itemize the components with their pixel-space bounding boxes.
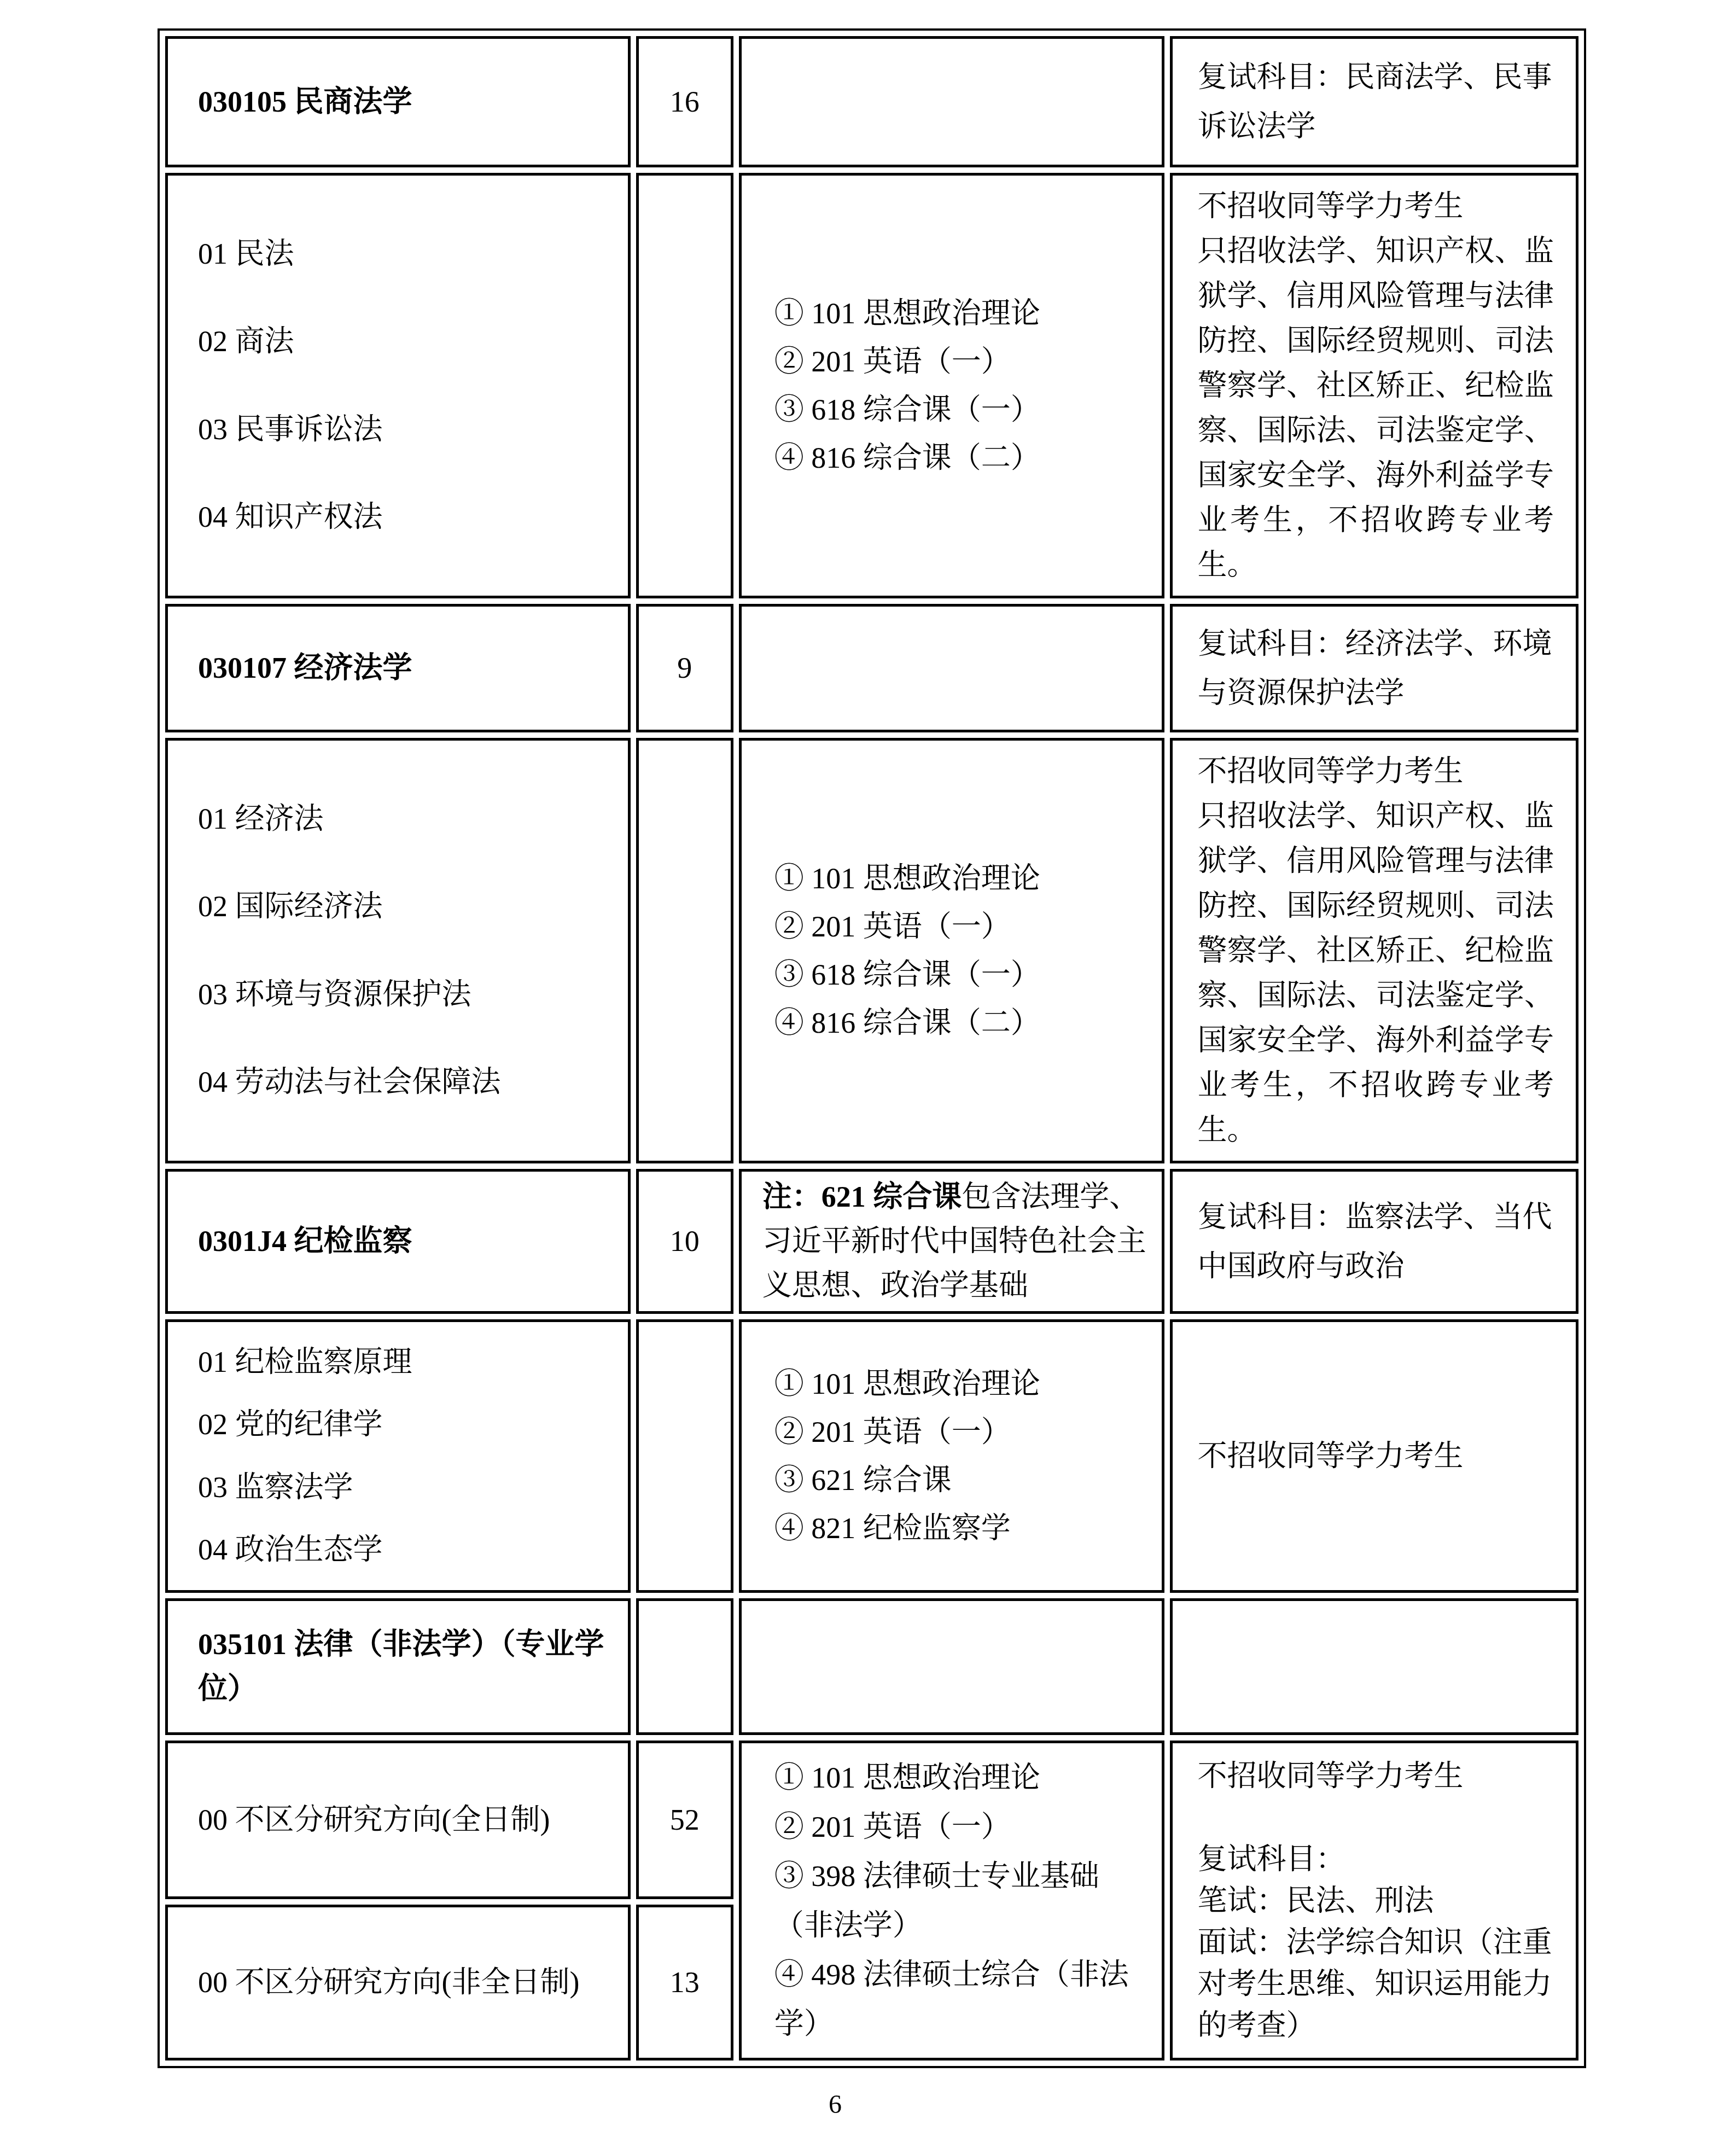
direction-line: 04 政治生态学 [198, 1528, 628, 1572]
directions-list: 01 纪检监察原理 02 党的纪律学 03 监察法学 04 政治生态学 [168, 1322, 628, 1590]
program-title-cell: 030107 经济法学 [165, 604, 631, 732]
directions-list: 01 经济法 02 国际经济法 03 环境与资源保护法 04 劳动法与社会保障法 [168, 754, 628, 1148]
note-line: 不招收同等学力考生 [1197, 1755, 1554, 1797]
retest-subjects: 复试科目：民商法学、民事诉讼法学 [1197, 53, 1554, 151]
exam-line: ③ 618 综合课（一） [774, 386, 1149, 434]
program-title: 035101 法律（非法学）（专业学位） [198, 1622, 606, 1711]
exam-note-lead: 注：621 综合课 [762, 1180, 962, 1213]
exam-line: ② 201 英语（一） [774, 903, 1149, 951]
exam-note-cell: 注：621 综合课包含法理学、习近平新时代中国特色社会主义思想、政治学基础 [739, 1169, 1165, 1314]
exam-line: ② 201 英语（一） [774, 1802, 1149, 1852]
direction-line: 00 不区分研究方向(非全日制) [198, 1960, 627, 2005]
quota-cell: 9 [636, 604, 733, 732]
detail-row-030107: 01 经济法 02 国际经济法 03 环境与资源保护法 04 劳动法与社会保障法… [165, 738, 1578, 1163]
exam-line: ② 201 英语（一） [774, 337, 1149, 386]
exam-line: ② 201 英语（一） [774, 1408, 1149, 1456]
admissions-table: 030105 民商法学 16 复试科目：民商法学、民事诉讼法学 01 民法 02… [158, 28, 1586, 2068]
exam-subjects-cell: ① 101 思想政治理论 ② 201 英语（一） ③ 618 综合课（一） ④ … [739, 173, 1165, 598]
direction-line: 03 环境与资源保护法 [198, 973, 628, 1017]
exam-line: ① 101 思想政治理论 [774, 854, 1149, 903]
page-number: 6 [0, 2089, 1670, 2120]
quota-cell-empty [636, 1319, 733, 1593]
program-row-0301J4: 0301J4 纪检监察 10 注：621 综合课包含法理学、习近平新时代中国特色… [165, 1169, 1578, 1314]
program-row-035101: 035101 法律（非法学）（专业学位） [165, 1598, 1578, 1735]
direction-line: 04 知识产权法 [198, 495, 628, 539]
exam-subjects-cell: ① 101 思想政治理论 ② 201 英语（一） ③ 398 法律硕士专业基础（… [739, 1741, 1165, 2060]
program-title: 030105 民商法学 [198, 80, 606, 124]
note-line: 笔试：民法、刑法 [1197, 1880, 1554, 1922]
detail-row-0301J4: 01 纪检监察原理 02 党的纪律学 03 监察法学 04 政治生态学 ① 10… [165, 1319, 1578, 1593]
note-line: 不招收同等学力考生 [1197, 749, 1554, 794]
remarks-cell-empty [1170, 1598, 1578, 1735]
note-line: 不招收同等学力考生 [1197, 184, 1554, 229]
exam-line: ① 101 思想政治理论 [774, 289, 1149, 337]
quota-cell: 13 [636, 1905, 733, 2060]
exam-line: ④ 816 综合课（二） [774, 434, 1149, 482]
remarks-cell: 不招收同等学力考生 只招收法学、知识产权、监狱学、信用风险管理与法律防控、国际经… [1170, 173, 1578, 598]
quota-value: 13 [639, 1960, 730, 2005]
exam-subjects-cell: ① 101 思想政治理论 ② 201 英语（一） ③ 621 综合课 ④ 821… [739, 1319, 1165, 1593]
note-line: 面试：法学综合知识（注重对考生思维、知识运用能力的考查） [1197, 1922, 1554, 2046]
program-row-030107: 030107 经济法学 9 复试科目：经济法学、环境与资源保护法学 [165, 604, 1578, 732]
remarks-cell: 复试科目：监察法学、当代中国政府与政治 [1170, 1169, 1578, 1314]
note-line: 只招收法学、知识产权、监狱学、信用风险管理与法律防控、国际经贸规则、司法警察学、… [1197, 229, 1554, 587]
quota-cell: 52 [636, 1741, 733, 1899]
quota-cell: 16 [636, 36, 733, 167]
remarks-text: 不招收同等学力考生 [1197, 1434, 1554, 1479]
directions-cell: 01 纪检监察原理 02 党的纪律学 03 监察法学 04 政治生态学 [165, 1319, 631, 1593]
remarks-cell: 复试科目：民商法学、民事诉讼法学 [1170, 36, 1578, 167]
quota-value: 16 [639, 80, 730, 124]
exam-line: ① 101 思想政治理论 [774, 1753, 1149, 1802]
quota-value: 10 [639, 1219, 730, 1264]
note-line [1197, 1797, 1554, 1838]
direction-line: 01 民法 [198, 232, 628, 276]
remarks-text: 不招收同等学力考生 只招收法学、知识产权、监狱学、信用风险管理与法律防控、国际经… [1197, 749, 1554, 1153]
exam-subjects-cell-empty [739, 1598, 1165, 1735]
direction-cell: 00 不区分研究方向(全日制) [165, 1741, 631, 1899]
remarks-cell: 不招收同等学力考生 复试科目： 笔试：民法、刑法 面试：法学综合知识（注重对考生… [1170, 1741, 1578, 2060]
direction-cell: 00 不区分研究方向(非全日制) [165, 1905, 631, 2060]
direction-line: 01 纪检监察原理 [198, 1340, 628, 1384]
exam-subjects-cell: ① 101 思想政治理论 ② 201 英语（一） ③ 618 综合课（一） ④ … [739, 738, 1165, 1163]
retest-subjects: 复试科目：监察法学、当代中国政府与政治 [1197, 1192, 1554, 1291]
direction-line: 03 民事诉讼法 [198, 408, 628, 452]
direction-line: 02 商法 [198, 319, 628, 364]
exam-line: ④ 821 纪检监察学 [774, 1504, 1149, 1552]
note-line: 复试科目： [1197, 1838, 1554, 1880]
direction-line: 04 劳动法与社会保障法 [198, 1060, 628, 1104]
direction-line: 02 党的纪律学 [198, 1402, 628, 1447]
exam-line: ③ 618 综合课（一） [774, 951, 1149, 999]
direction-line: 02 国际经济法 [198, 884, 628, 929]
exam-line: ④ 498 法律硕士综合（非法学） [774, 1950, 1149, 2048]
direction-line: 03 监察法学 [198, 1465, 628, 1510]
directions-list: 01 民法 02 商法 03 民事诉讼法 04 知识产权法 [168, 189, 628, 583]
document-page: 030105 民商法学 16 复试科目：民商法学、民事诉讼法学 01 民法 02… [0, 0, 1736, 2142]
exam-subjects-cell-empty [739, 604, 1165, 732]
quota-cell-empty [636, 1598, 733, 1735]
remarks-cell: 不招收同等学力考生 只招收法学、知识产权、监狱学、信用风险管理与法律防控、国际经… [1170, 738, 1578, 1163]
note-line: 只招收法学、知识产权、监狱学、信用风险管理与法律防控、国际经贸规则、司法警察学、… [1197, 794, 1554, 1153]
program-row-030105: 030105 民商法学 16 复试科目：民商法学、民事诉讼法学 [165, 36, 1578, 167]
exam-subjects-cell-empty [739, 36, 1165, 167]
direction-line: 00 不区分研究方向(全日制) [198, 1798, 627, 1842]
exam-line: ④ 816 综合课（二） [774, 999, 1149, 1047]
program-title-cell: 0301J4 纪检监察 [165, 1169, 631, 1314]
detail-row-030105: 01 民法 02 商法 03 民事诉讼法 04 知识产权法 ① 101 思想政治… [165, 173, 1578, 598]
quota-cell: 10 [636, 1169, 733, 1314]
remarks-cell: 不招收同等学力考生 [1170, 1319, 1578, 1593]
directions-cell: 01 经济法 02 国际经济法 03 环境与资源保护法 04 劳动法与社会保障法 [165, 738, 631, 1163]
exam-line: ③ 621 综合课 [774, 1456, 1149, 1504]
remarks-text: 不招收同等学力考生 只招收法学、知识产权、监狱学、信用风险管理与法律防控、国际经… [1197, 184, 1554, 587]
program-title: 030107 经济法学 [198, 646, 606, 690]
quota-cell-empty [636, 173, 733, 598]
retest-subjects: 复试科目：经济法学、环境与资源保护法学 [1197, 619, 1554, 718]
quota-cell-empty [636, 738, 733, 1163]
exam-line: ① 101 思想政治理论 [774, 1360, 1149, 1408]
program-title-cell: 035101 法律（非法学）（专业学位） [165, 1598, 631, 1735]
quota-value: 9 [639, 646, 730, 690]
program-title-cell: 030105 民商法学 [165, 36, 631, 167]
direction-row-fulltime: 00 不区分研究方向(全日制) 52 ① 101 思想政治理论 ② 201 英语… [165, 1741, 1578, 1899]
quota-value: 52 [639, 1798, 730, 1842]
program-title: 0301J4 纪检监察 [198, 1219, 606, 1264]
exam-line: ③ 398 法律硕士专业基础（非法学） [774, 1852, 1149, 1950]
remarks-cell: 复试科目：经济法学、环境与资源保护法学 [1170, 604, 1578, 732]
direction-line: 01 经济法 [198, 797, 628, 841]
directions-cell: 01 民法 02 商法 03 民事诉讼法 04 知识产权法 [165, 173, 631, 598]
